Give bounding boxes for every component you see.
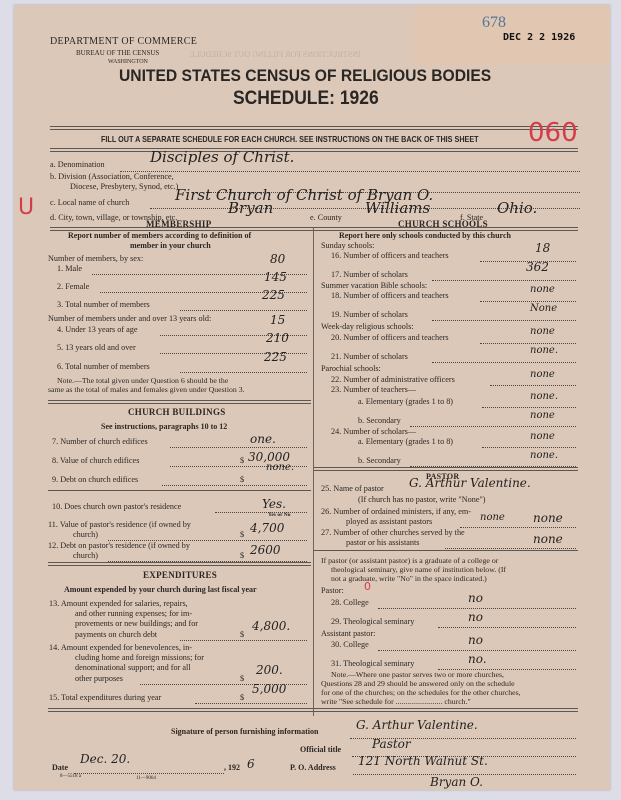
q11-label-2: church): [73, 530, 98, 539]
pastor-rule: [314, 550, 578, 551]
membership-heading: MEMBERSHIP: [146, 219, 212, 229]
q14-label-3: denominational support; and for all: [75, 663, 191, 672]
column-divider: [313, 228, 314, 716]
dollar-sign: $: [240, 630, 244, 639]
address-label: P. O. Address: [290, 763, 336, 772]
dollar-sign: $: [240, 551, 244, 560]
q26-label-2: ployed as assistant pastors: [346, 517, 432, 526]
schools-heading: CHURCH SCHOOLS: [398, 219, 488, 229]
q17-label: 17. Number of scholars: [331, 270, 408, 279]
q19-line: [432, 319, 576, 321]
header-rule-2: [50, 148, 578, 152]
q25-label: 25. Name of pastor: [321, 484, 384, 493]
q10-line: [215, 511, 307, 513]
year-suffix-value[interactable]: 6: [247, 757, 255, 771]
red-margin-annotation: U: [18, 195, 34, 220]
q5-over13-value[interactable]: 210: [266, 331, 289, 345]
q11-label: 11. Value of pastor's residence (if owne…: [48, 520, 191, 529]
q13-label-4: payments on church debt: [75, 630, 157, 639]
q3-total-value[interactable]: 225: [262, 288, 285, 302]
received-date-stamp: DEC 2 2 1926: [503, 32, 575, 43]
q24-label: 24. Number of scholars—: [331, 427, 416, 436]
q20-label: 20. Number of officers and teachers: [331, 333, 449, 342]
agency-name: DEPARTMENT OF COMMERCE: [50, 36, 197, 47]
graduate-intro-2: theological seminary, give name of insti…: [331, 565, 506, 574]
census-schedule-sheet: [14, 5, 610, 790]
q1-label: 1. Male: [57, 264, 82, 273]
q30-line: [378, 649, 576, 651]
q18-line: [480, 300, 576, 302]
q2-label: 2. Female: [57, 282, 89, 291]
schools-rule: [314, 467, 578, 471]
q27-label: 27. Number of other churches served by t…: [321, 528, 465, 537]
form-code: 8—5518 a: [60, 774, 81, 779]
q10-residence-value[interactable]: Yes.: [262, 497, 286, 511]
q28-line: [378, 607, 576, 609]
q7-label: 7. Number of church edifices: [52, 437, 148, 446]
q21-value[interactable]: none.: [530, 345, 558, 356]
q26-inline-value: none: [480, 512, 505, 523]
q27-line: [445, 547, 576, 549]
q9-debt-value[interactable]: none.: [266, 462, 294, 473]
q14-value[interactable]: 200.: [256, 663, 283, 677]
q23a-label: a. Elementary (grades 1 to 8): [358, 397, 453, 406]
q20-line: [480, 342, 576, 344]
q29-line: [438, 626, 576, 628]
q4-under13-value[interactable]: 15: [270, 313, 285, 327]
signature-label: Signature of person furnishing informati…: [171, 727, 318, 736]
q7-line: [170, 446, 307, 448]
q2-female-value[interactable]: 145: [264, 270, 287, 284]
membership-subheading-2: member in your church: [130, 241, 211, 250]
q10-hint: Yes or No: [268, 512, 291, 518]
q22-line: [490, 384, 576, 386]
expenditures-subheading: Amount expended by your church during la…: [64, 585, 257, 594]
q13-line: [180, 639, 307, 641]
print-code: 11—9064: [136, 776, 156, 781]
q17-line: [432, 279, 576, 281]
graduate-intro-3: not a graduate, write "No" in the space …: [331, 574, 487, 583]
denomination-label: a. Denomination: [50, 160, 105, 169]
q13-label-2: and other running expenses; for im-: [75, 609, 192, 618]
q9-line: [162, 484, 307, 486]
graduate-intro: If pastor (or assistant pastor) is a gra…: [321, 556, 498, 565]
q24a-line: [482, 446, 576, 448]
date-label: Date: [52, 763, 68, 772]
q27-value[interactable]: none: [533, 532, 563, 546]
members-by-age-label: Number of members under and over 13 year…: [48, 314, 211, 323]
bleed-through-text: INSTRUCTIONS FOR FILLING OUT SCHEDULE: [190, 50, 361, 59]
q23a-value[interactable]: none.: [530, 391, 558, 402]
pastor-note-4: write "See schedule for ................…: [321, 697, 471, 706]
expenditures-heading: EXPENDITURES: [143, 570, 217, 580]
q3-line: [180, 309, 307, 311]
pastor-subsection-label: Pastor:: [321, 586, 344, 595]
q23-label: 23. Number of teachers—: [331, 385, 416, 394]
year-prefix: , 192: [224, 763, 240, 772]
q19-value[interactable]: None: [530, 303, 557, 314]
q1-male-value[interactable]: 80: [270, 252, 285, 266]
q12-residence-debt-value[interactable]: 2600: [250, 543, 281, 557]
q23b-line: [410, 425, 576, 427]
q16-label: 16. Number of officers and teachers: [331, 251, 449, 260]
address-value-line1[interactable]: 121 North Walnut St.: [358, 754, 488, 768]
buildings-rule: [48, 490, 311, 491]
members-by-sex-label: Number of members, by sex:: [48, 254, 143, 263]
buildings-subheading: See instructions, paragraphs 10 to 12: [101, 422, 227, 431]
red-pastor-annotation: 0: [364, 580, 371, 593]
q13-label-3: provements or new buildings; and for: [75, 619, 198, 628]
q18-value[interactable]: none: [530, 284, 555, 295]
q12-label-2: church): [73, 551, 98, 560]
q14-label-2: cluding home and foreign missions; for: [75, 653, 204, 662]
header-rule: [50, 126, 578, 130]
q31-value[interactable]: no.: [468, 652, 487, 666]
bureau-name: BUREAU OF THE CENSUS: [76, 49, 159, 57]
q14-label: 14. Amount expended for benevolences, in…: [49, 643, 192, 652]
q22-label: 22. Number of administrative officers: [331, 375, 455, 384]
q6-label: 6. Total number of members: [57, 362, 150, 371]
q24a-label: a. Elementary (grades 1 to 8): [358, 437, 453, 446]
division-label-2: Diocese, Presbytery, Synod, etc.): [70, 182, 178, 191]
q24b-value[interactable]: none.: [530, 450, 558, 461]
address-value-line2[interactable]: Bryan O.: [430, 775, 483, 789]
q28-value[interactable]: no: [468, 591, 483, 605]
q15-line: [195, 702, 307, 704]
q13-label: 13. Amount expended for salaries, repair…: [49, 599, 188, 608]
membership-note-2: same as the total of males and females g…: [48, 385, 245, 394]
county-label: e. County: [310, 213, 342, 222]
file-number: 678: [482, 14, 506, 32]
dollar-sign: $: [240, 475, 244, 484]
q30-value[interactable]: no: [468, 633, 483, 647]
q5-label: 5. 13 years old and over: [57, 343, 136, 352]
signature-value[interactable]: G. Arthur Valentine.: [356, 718, 478, 732]
q30-label: 30. College: [331, 640, 369, 649]
q13-value[interactable]: 4,800.: [252, 619, 290, 633]
q21-line: [432, 361, 576, 363]
county-value[interactable]: Williams: [365, 199, 430, 217]
q15-label: 15. Total expenditures during year: [49, 693, 161, 702]
membership-rule: [48, 400, 311, 404]
q25-pastor-name[interactable]: G. Arthur Valentine.: [409, 476, 531, 490]
agency-location: WASHINGTON: [108, 59, 148, 65]
q17-value[interactable]: 362: [526, 260, 549, 274]
denomination-value[interactable]: Disciples of Christ.: [150, 148, 294, 166]
dollar-sign: $: [240, 456, 244, 465]
q4-label: 4. Under 13 years of age: [57, 325, 137, 334]
q15-total-value[interactable]: 5,000: [252, 682, 286, 696]
q31-label: 31. Theological seminary: [331, 659, 414, 668]
q6-total-value[interactable]: 225: [264, 350, 287, 364]
denomination-line: [120, 170, 580, 172]
q26-label: 26. Number of ordained ministers, if any…: [321, 507, 471, 516]
q28-label: 28. College: [331, 598, 369, 607]
q26-line: [460, 526, 576, 528]
q25-hint: (If church has no pastor, write "None"): [358, 495, 486, 504]
date-line: [74, 772, 224, 774]
section-bottom-rule: [48, 708, 578, 712]
q9-label: 9. Debt on church edifices: [52, 475, 138, 484]
q14-label-4: other purposes: [75, 674, 123, 683]
buildings-heading: CHURCH BUILDINGS: [128, 407, 226, 417]
q7-edifices-value[interactable]: one.: [250, 432, 276, 446]
sunday-schools-label: Sunday schools:: [321, 241, 374, 250]
q22-value[interactable]: none: [530, 369, 555, 380]
dollar-sign: $: [240, 674, 244, 683]
parochial-schools-label: Parochial schools:: [321, 364, 381, 373]
dollar-sign: $: [240, 693, 244, 702]
q26-value[interactable]: none: [533, 511, 563, 525]
form-title: UNITED STATES CENSUS OF RELIGIOUS BODIES: [119, 66, 491, 86]
q10-label: 10. Does church own pastor's residence: [52, 502, 181, 511]
fill-instructions: FILL OUT A SEPARATE SCHEDULE FOR EACH CH…: [101, 134, 479, 144]
q27-label-2: pastor or his assistants: [346, 538, 419, 547]
q8-label: 8. Value of church edifices: [52, 456, 139, 465]
weekday-schools-label: Week-day religious schools:: [321, 322, 414, 331]
q23b-label: b. Secondary: [358, 416, 401, 425]
summer-schools-label: Summer vacation Bible schools:: [321, 281, 427, 290]
official-title-value[interactable]: Pastor: [372, 737, 411, 751]
q11-residence-value-amount[interactable]: 4,700: [250, 521, 284, 535]
official-title-label: Official title: [300, 745, 341, 754]
pastor-note-2: Questions 28 and 29 should be answered o…: [321, 679, 515, 688]
state-value[interactable]: Ohio.: [497, 199, 537, 217]
schools-subheading: Report here only schools conducted by th…: [339, 231, 511, 240]
dollar-sign: $: [240, 530, 244, 539]
pastor-note: Note.—Where one pastor serves two or mor…: [331, 670, 504, 679]
q29-label: 29. Theological seminary: [331, 617, 414, 626]
q20-value[interactable]: none: [530, 326, 555, 337]
q12-label: 12. Debt on pastor's residence (if owned…: [48, 541, 190, 550]
q3-label: 3. Total number of members: [57, 300, 150, 309]
q16-value[interactable]: 18: [535, 241, 550, 255]
buildings-rule-2: [48, 562, 311, 566]
local-name-label: c. Local name of church: [50, 198, 129, 207]
date-value[interactable]: Dec. 20.: [80, 752, 130, 766]
q24b-label: b. Secondary: [358, 456, 401, 465]
membership-subheading: Report number of members according to de…: [68, 231, 251, 240]
pastor-note-3: for one of the churches; on the schedule…: [321, 688, 521, 697]
red-code-annotation: 060: [528, 118, 578, 148]
q24a-value[interactable]: none: [530, 431, 555, 442]
membership-note: Note.—The total given under Question 6 s…: [57, 376, 228, 385]
q21-label: 21. Number of scholars: [331, 352, 408, 361]
q23a-line: [482, 406, 576, 408]
city-value[interactable]: Bryan: [228, 199, 273, 217]
q19-label: 19. Number of scholars: [331, 310, 408, 319]
q23b-value[interactable]: none: [530, 410, 555, 421]
q18-label: 18. Number of officers and teachers: [331, 291, 449, 300]
assistant-subsection-label: Assistant pastor:: [321, 629, 375, 638]
division-label: b. Division (Association, Conference,: [50, 172, 174, 181]
q6-line: [180, 371, 307, 373]
q29-value[interactable]: no: [468, 610, 483, 624]
schedule-title: SCHEDULE: 1926: [233, 88, 379, 110]
